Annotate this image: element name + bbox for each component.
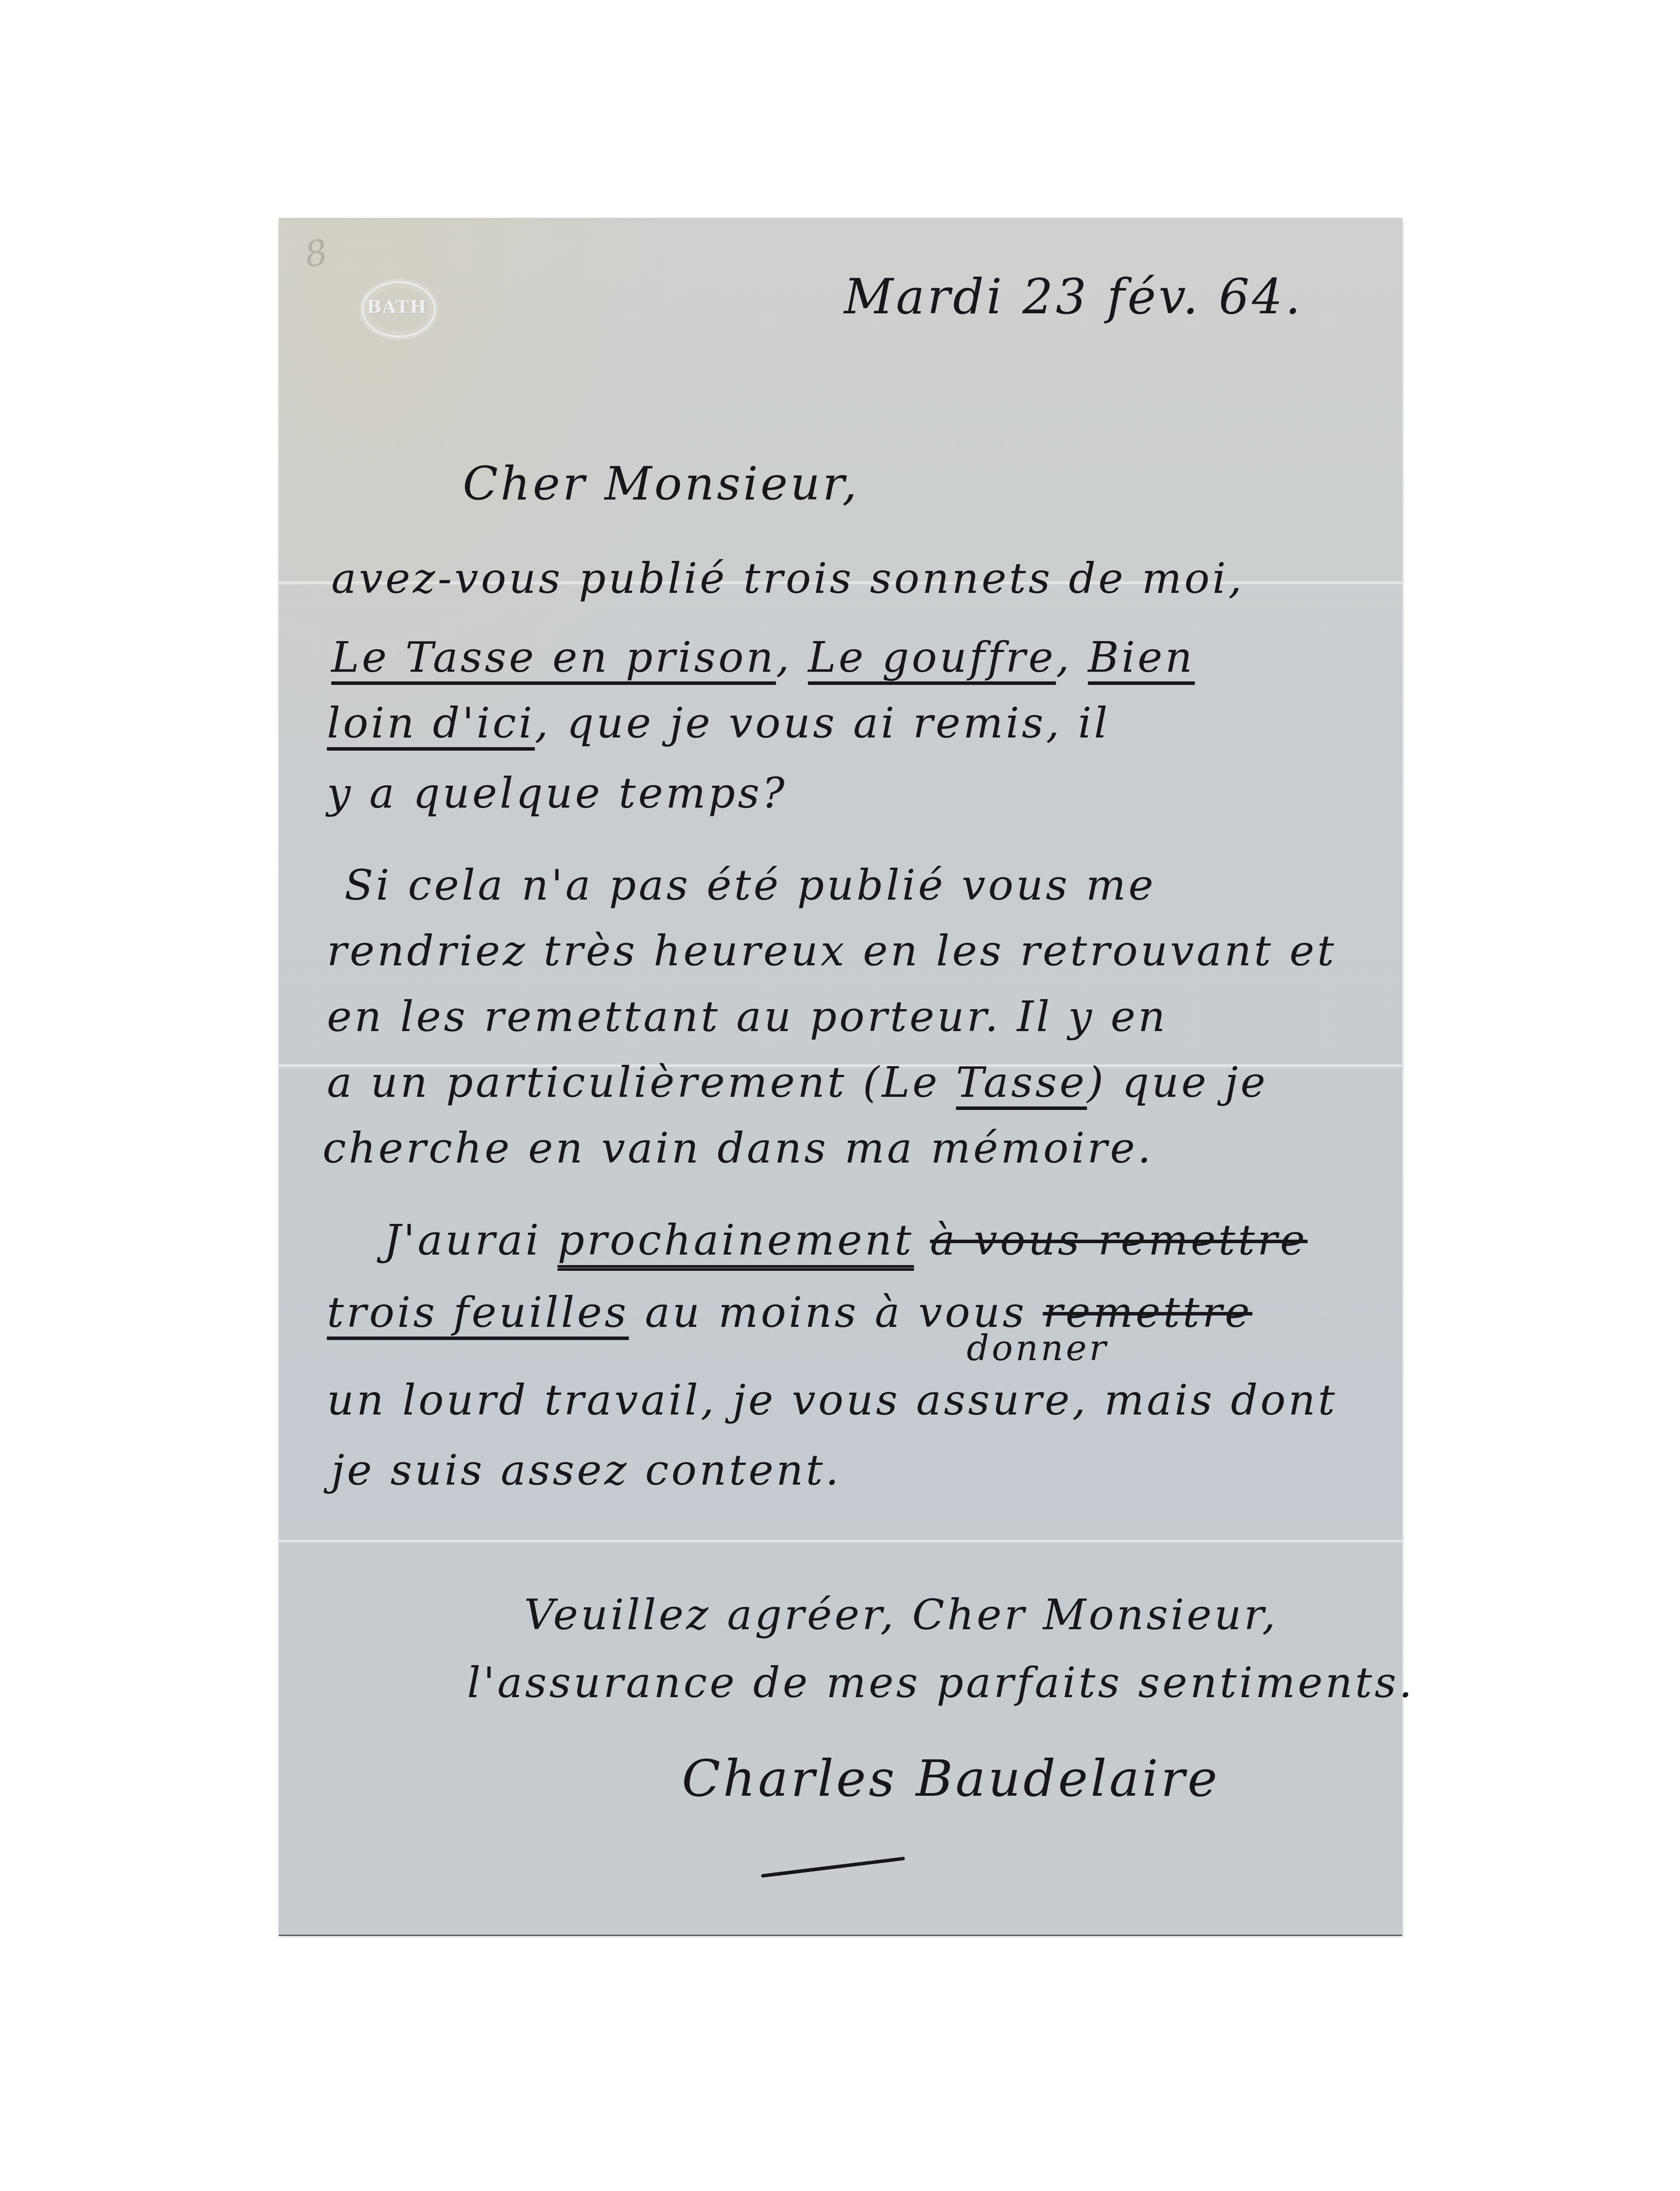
letter-line: rendriez très heureux en les retrouvant … [327, 930, 1336, 972]
letter-paper: 8 BATH Mardi 23 fév. 64. Cher Monsieur, … [279, 218, 1402, 1935]
letter-date: Mardi 23 fév. 64. [844, 273, 1303, 321]
struck-text: à vous remettre [930, 1216, 1308, 1265]
salutation: Cher Monsieur, [463, 461, 859, 507]
title-tasse: Tasse [956, 1058, 1087, 1107]
emboss-stamp-text: BATH [349, 297, 445, 317]
text: a un particulièrement (Le [327, 1058, 956, 1107]
pencil-annotation: 8 [301, 231, 330, 275]
letter-line: a un particulièrement (Le Tasse) que je [327, 1061, 1268, 1103]
text: , [1056, 633, 1088, 682]
letter-line: Si cela n'a pas été publié vous me [344, 864, 1156, 906]
title-bien-loin-dici-end: loin d'ici [327, 698, 535, 748]
title-le-tasse-en-prison: Le Tasse en prison [331, 633, 776, 682]
text: , que je vous ai remis, il [535, 698, 1110, 748]
title-le-gouffre: Le gouffre [808, 633, 1056, 682]
text [914, 1216, 930, 1265]
letter-line: cherche en vain dans ma mémoire. [323, 1127, 1154, 1169]
letter-line: je suis assez content. [331, 1449, 841, 1491]
inserted-word: donner [967, 1331, 1109, 1366]
signature-flourish [761, 1857, 905, 1878]
letter-line: trois feuilles au moins à vous remettre [327, 1291, 1252, 1333]
letter-line: y a quelque temps? [327, 772, 787, 814]
letter-line: Le Tasse en prison, Le gouffre, Bien [331, 636, 1195, 678]
underlined-trois-feuilles: trois feuilles [327, 1288, 629, 1337]
title-bien-loin-dici-start: Bien [1088, 633, 1195, 682]
text: J'aurai [384, 1216, 557, 1265]
fold-line [279, 1539, 1402, 1543]
signature: Charles Baudelaire [682, 1754, 1220, 1804]
embossed-stamp: BATH [349, 270, 445, 349]
underlined-prochainement: prochainement [557, 1216, 914, 1265]
letter-line: J'aurai prochainement à vous remettre [384, 1219, 1308, 1261]
letter-line: loin d'ici, que je vous ai remis, il [327, 702, 1110, 744]
text: ) que je [1087, 1058, 1268, 1107]
closing-line: Veuillez agréer, Cher Monsieur, [524, 1594, 1278, 1636]
letter-line: en les remettant au porteur. Il y en [327, 996, 1168, 1038]
text: , [776, 633, 808, 682]
closing-line: l'assurance de mes parfaits sentiments. [467, 1662, 1415, 1704]
letter-line: avez-vous publié trois sonnets de moi, [331, 557, 1244, 599]
letter-line: un lourd travail, je vous assure, mais d… [327, 1379, 1337, 1421]
